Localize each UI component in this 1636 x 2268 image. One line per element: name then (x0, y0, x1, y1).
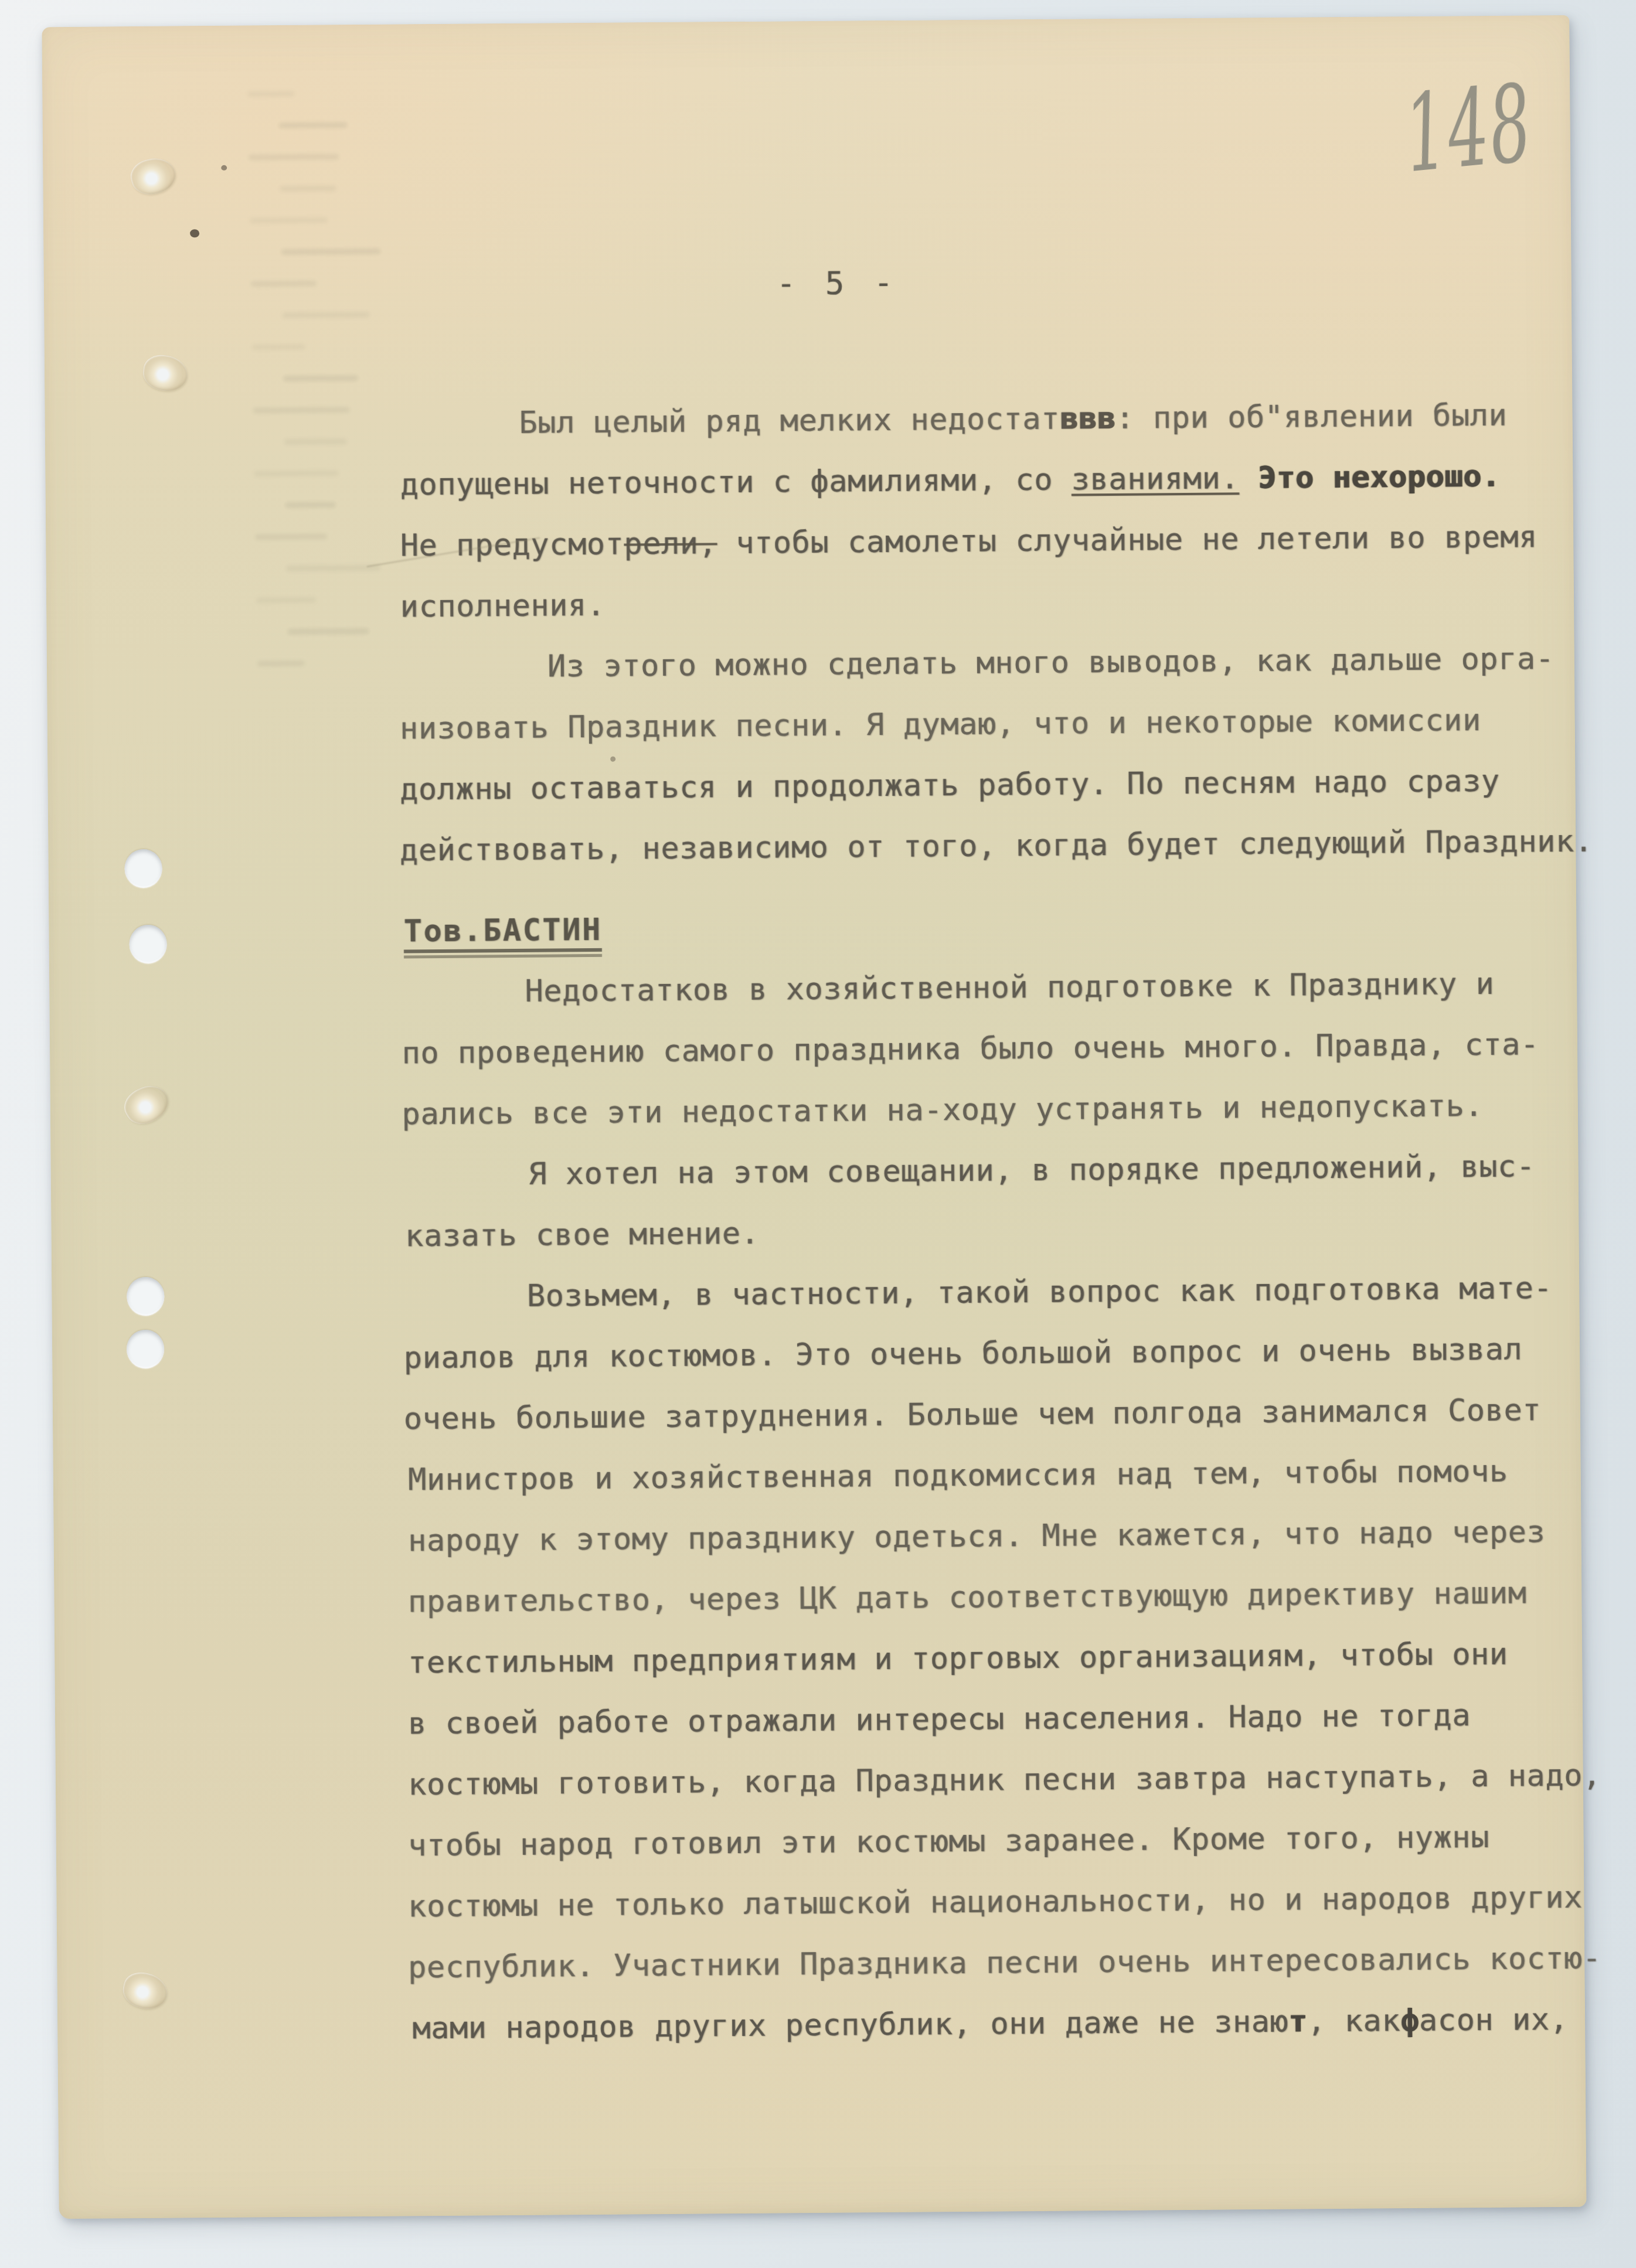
ghost-ink-smudge (284, 438, 347, 445)
typed-run-heavy: Это нехорошо. (1258, 459, 1501, 496)
typed-line: Я хотел на этом совещании, в порядке пре… (405, 1136, 1584, 1206)
typed-run-heading-underline: Тов.БАСТИН (403, 912, 602, 959)
typed-line: низовать Праздник песни. Я думаю, что и … (400, 689, 1579, 760)
paper-speck (190, 229, 199, 237)
typed-run: асон их, (1419, 2002, 1569, 2038)
ghost-ink-smudge (282, 312, 369, 318)
typed-run-understrike: званиями. (1071, 461, 1239, 497)
typed-run: Из этого можно сделать много выводов, ка… (547, 641, 1555, 684)
ghost-ink-smudge (253, 407, 349, 413)
paragraph: Был целый ряд мелких недостатввв: при об… (397, 384, 1577, 638)
typed-line: Министров и хозяйственная подкомиссия на… (408, 1441, 1587, 1511)
typed-run: исполнения. (400, 588, 606, 625)
paper-tear (120, 1969, 170, 2012)
typed-line: костюмы не только латышской национальнос… (408, 1867, 1587, 1937)
typed-line: по проведению самого праздника было очен… (402, 1014, 1580, 1084)
typed-run: действовать, независимо от того, когда б… (400, 824, 1593, 869)
paper-tear (127, 154, 179, 199)
typed-run: Министров и хозяйственная подкомиссия на… (408, 1454, 1508, 1498)
typed-line: текстильным предприятиям и торговых орга… (408, 1623, 1587, 1694)
ghost-ink-smudge (251, 281, 317, 287)
scan-background: { "page": { "handwritten_number": "148",… (0, 0, 1636, 2268)
paper-speck (221, 165, 227, 171)
typed-run: низовать Праздник песни. Я думаю, что и … (400, 703, 1481, 746)
typed-line: исполнения. (400, 567, 1579, 638)
typed-run: костюмы готовить, когда Праздник песни з… (408, 1758, 1601, 1802)
typed-line: в своей работе отражали интересы населен… (408, 1684, 1587, 1755)
typed-run: Возьмем, в частности, такой вопрос как п… (527, 1271, 1553, 1314)
typed-line: рались все эти недостатки на-ходу устран… (402, 1075, 1580, 1145)
punch-hole (127, 1277, 165, 1316)
typed-line: республик. Участники Праздника песни оче… (408, 1928, 1587, 1998)
typed-line: Был целый ряд мелких недостатввв: при об… (396, 384, 1574, 455)
ghost-ink-smudge (256, 597, 316, 604)
page-number-header: - 5 - (777, 264, 899, 302)
typed-run: Недостатков в хозяйственной подготовке к… (525, 966, 1494, 1009)
typed-run: Я хотел на этом совещании, в порядке пре… (528, 1149, 1535, 1191)
typed-line: народу к этому празднику одеться. Мне ка… (408, 1501, 1587, 1572)
ghost-ink-smudge (250, 217, 328, 223)
typed-line: должны оставаться и продолжать работу. П… (400, 750, 1579, 820)
typed-line: Недостатков в хозяйственной подготовке к… (402, 953, 1580, 1023)
typed-run: , как (1307, 2003, 1401, 2039)
punch-hole (124, 849, 162, 888)
typed-run: рались все эти недостатки на-ходу устран… (402, 1088, 1483, 1132)
ghost-ink-smudge (283, 375, 358, 382)
handwritten-page-number: 148 (1400, 61, 1538, 197)
punch-hole (129, 925, 167, 964)
typed-line: Из этого можно сделать много выводов, ка… (400, 628, 1579, 699)
typed-run: должны оставаться и продолжать работу. П… (400, 764, 1500, 808)
ghost-ink-smudge (249, 154, 339, 160)
typed-run-strike: рели, (624, 526, 717, 561)
speaker-heading: Тов.БАСТИН (402, 892, 1580, 962)
ghost-ink-smudge (285, 502, 336, 508)
paper-speck (610, 757, 615, 762)
ghost-ink-smudge (281, 248, 380, 255)
paragraph: Из этого можно сделать много выводов, ка… (400, 628, 1580, 881)
paragraph: Возьмем, в частности, такой вопрос как п… (404, 1258, 1589, 2059)
paragraph: Недостатков в хозяйственной подготовке к… (402, 953, 1581, 1145)
ghost-ink-smudge (287, 628, 369, 635)
punch-hole (127, 1330, 165, 1369)
paragraph: Я хотел на этом совещании, в порядке пре… (403, 1136, 1583, 1267)
ghost-ink-smudge (247, 91, 294, 97)
ghost-ink-smudge (254, 470, 338, 476)
typed-line: мами народов других республик, они даже … (412, 1989, 1591, 2059)
typed-run: чтобы народ готовил эти костюмы заранее.… (408, 1820, 1489, 1863)
typed-run: казать свое мнение. (405, 1216, 760, 1254)
ghost-ink-smudge (280, 185, 336, 192)
typed-run-heavy: т (1288, 2004, 1307, 2039)
typed-run: Не предусмот (400, 527, 624, 564)
typed-line: действовать, независимо от того, когда б… (400, 811, 1579, 881)
typed-run: костюмы не только латышской национальнос… (408, 1880, 1583, 1925)
typed-line: чтобы народ готовил эти костюмы заранее.… (408, 1806, 1587, 1877)
typed-line: очень большие затруднения. Больше чем по… (403, 1380, 1582, 1450)
ghost-ink-smudge (252, 344, 305, 350)
typed-line: Не предусмотрели, чтобы самолеты случайн… (400, 506, 1579, 577)
typed-run: : при об"явлении были (1115, 398, 1507, 436)
typed-run: очень большие затруднения. Больше чем по… (404, 1392, 1542, 1436)
typed-line: казать свое мнение. (405, 1197, 1584, 1267)
typed-run: правительство, через ЦК дать соответству… (408, 1575, 1527, 1619)
typed-line: Тов.БАСТИН (403, 892, 1582, 962)
typed-run: мами народов других республик, они даже … (412, 2004, 1288, 2046)
typed-run: допущены неточности с фамилиями, со (400, 462, 1071, 503)
paper-tear (141, 353, 189, 393)
typed-line: Возьмем, в частности, такой вопрос как п… (403, 1258, 1582, 1328)
ghost-ink-smudge (257, 660, 305, 667)
document-page: 148 - 5 - Был целый ряд мелких недостатв… (42, 15, 1586, 2219)
typed-line: костюмы готовить, когда Праздник песни з… (408, 1745, 1587, 1816)
typed-run-heavy: ф (1400, 2003, 1419, 2038)
typed-run: чтобы самолеты случайные не летели во вр… (717, 519, 1538, 561)
typed-line: правительство, через ЦК дать соответству… (408, 1562, 1587, 1633)
typed-line: риалов для костюмов. Это очень большой в… (403, 1319, 1582, 1389)
typed-run (1239, 461, 1258, 496)
typed-run: народу к этому празднику одеться. Мне ка… (408, 1514, 1546, 1558)
ghost-ink-smudge (287, 565, 380, 571)
paper-tear (118, 1078, 175, 1131)
ghost-ink-smudge (255, 533, 327, 540)
typed-run: по проведению самого праздника было очен… (402, 1027, 1539, 1071)
typed-run: в своей работе отражали интересы населен… (408, 1698, 1471, 1741)
typed-line: допущены неточности с фамилиями, со зван… (400, 445, 1579, 516)
ghost-ink-smudge (279, 122, 348, 128)
typed-run-heavy: ввв (1060, 401, 1116, 437)
typed-run: Был целый ряд мелких недостат (519, 401, 1060, 441)
typed-run: риалов для костюмов. Это очень большой в… (404, 1332, 1523, 1376)
typed-text-block: Был целый ряд мелких недостатввв: при об… (397, 384, 1589, 2059)
typed-run: республик. Участники Праздника песни оче… (408, 1940, 1601, 1985)
ink-smudges (42, 15, 1569, 27)
typed-run: текстильным предприятиям и торговых орга… (408, 1637, 1508, 1681)
